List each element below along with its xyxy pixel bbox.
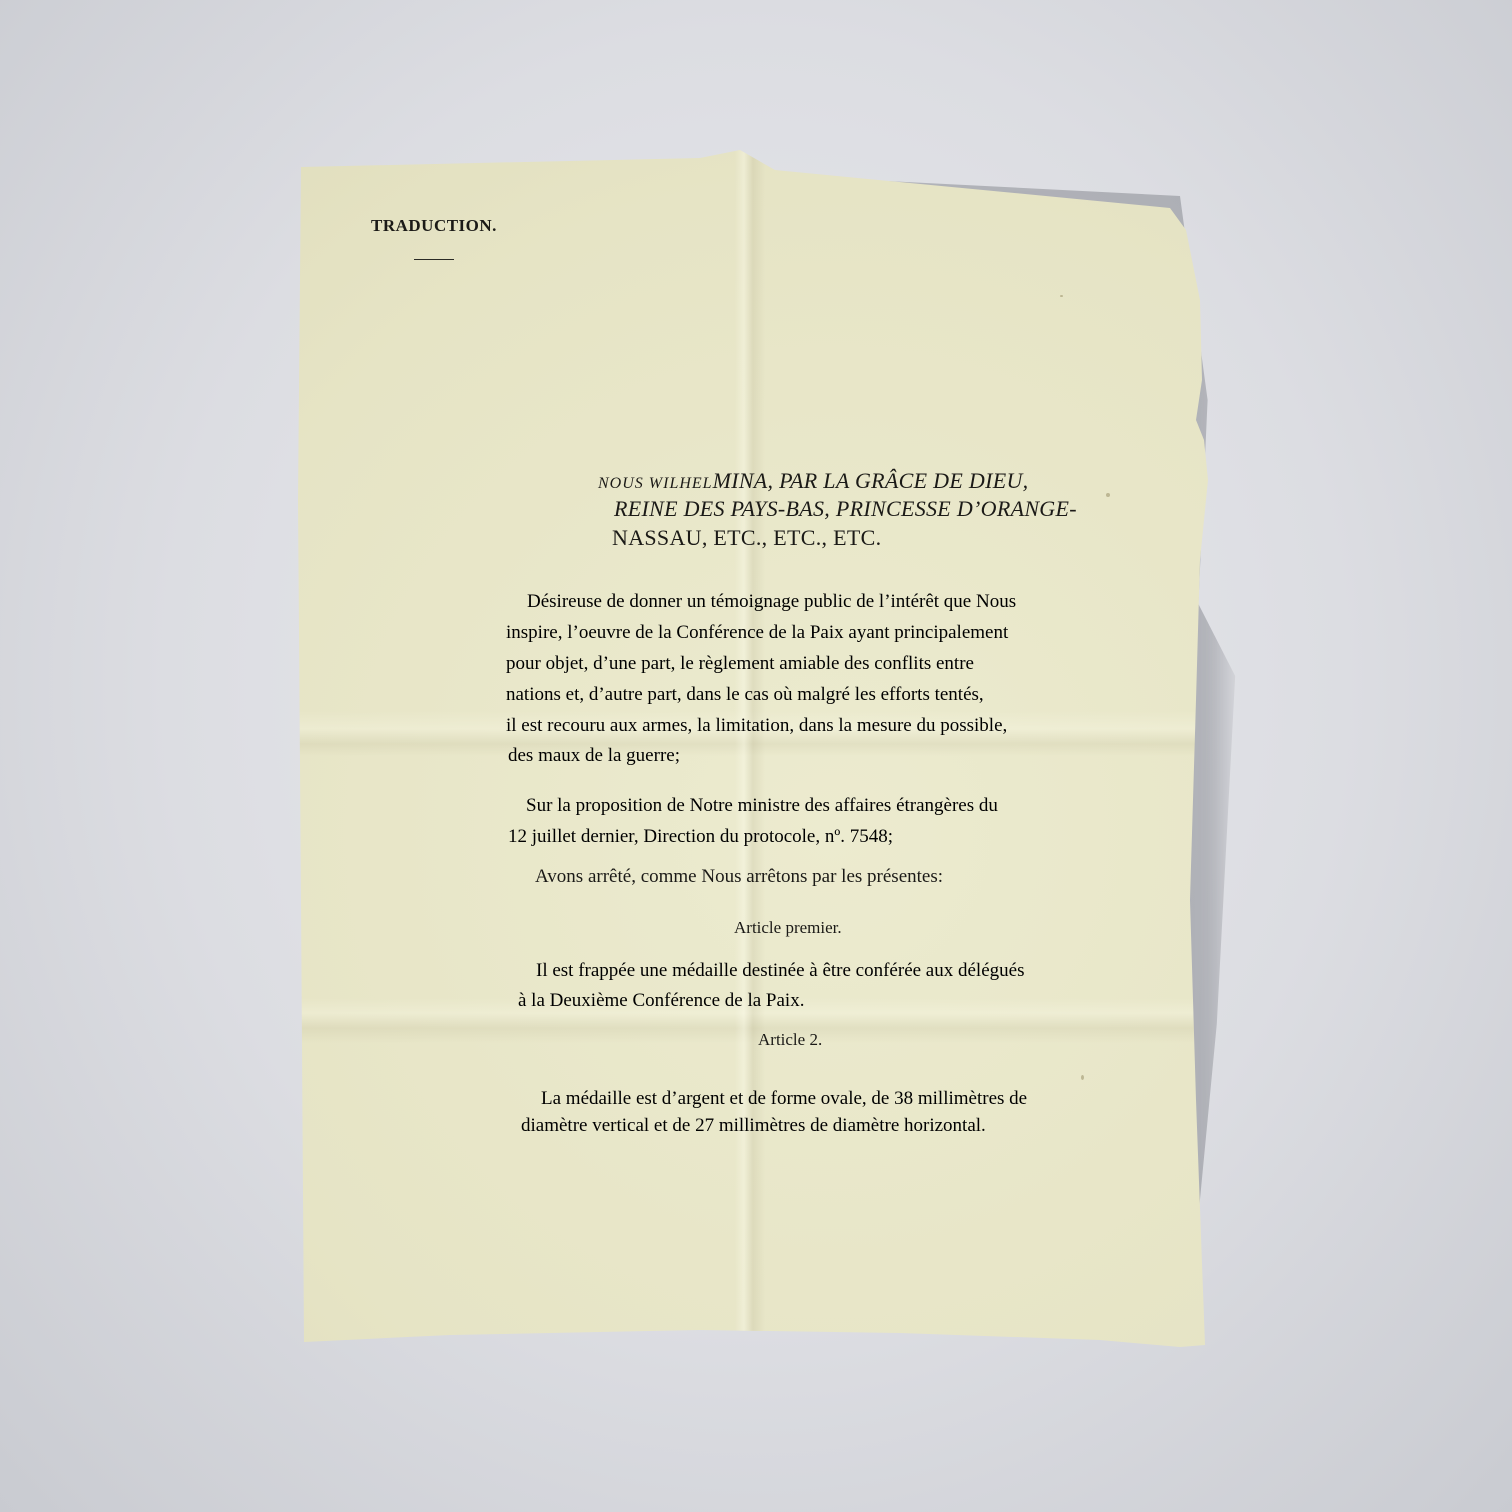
document-sheet: TRADUCTION. NOUS WILHELMINA, PAR LA GRÂC… bbox=[0, 0, 1512, 1512]
document-heading: TRADUCTION. bbox=[371, 216, 497, 236]
article-1-line: à la Deuxième Conférence de la Paix. bbox=[518, 990, 804, 1012]
preamble-line: Désireuse de donner un témoignage public… bbox=[527, 591, 1081, 613]
preamble-line: il est recouru aux armes, la limitation,… bbox=[506, 715, 1094, 737]
article-1-line: Il est frappée une médaille destinée à ê… bbox=[536, 960, 1024, 982]
article-2-title: Article 2. bbox=[758, 1030, 822, 1050]
decree-line: Avons arrêté, comme Nous arrêtons par le… bbox=[535, 866, 943, 888]
preamble-line: nations et, d’autre part, dans le cas où… bbox=[506, 684, 1094, 706]
paper-stain bbox=[1081, 1075, 1084, 1080]
paper-stain bbox=[1106, 493, 1110, 497]
heading-rule bbox=[414, 259, 454, 260]
royal-title-line-1: NOUS WILHELMINA, PAR LA GRÂCE DE DIEU, bbox=[598, 468, 1028, 494]
royal-title-line-3: NASSAU, ETC., ETC., ETC. bbox=[612, 525, 881, 551]
proposal-line: Sur la proposition de Notre ministre des… bbox=[526, 795, 998, 817]
article-2-line: diamètre vertical et de 27 millimètres d… bbox=[521, 1115, 986, 1137]
preamble-line: des maux de la guerre; bbox=[508, 745, 680, 767]
preamble-line: inspire, l’oeuvre de la Conférence de la… bbox=[506, 622, 1094, 644]
royal-title-prefix: NOUS WILHEL bbox=[598, 475, 713, 492]
preamble-line: pour objet, d’une part, le règlement ami… bbox=[506, 653, 1094, 675]
paper-stain bbox=[1060, 295, 1063, 297]
royal-title-line-1-rest: MINA, PAR LA GRÂCE DE DIEU, bbox=[713, 468, 1029, 493]
article-2-line: La médaille est d’argent et de forme ova… bbox=[541, 1088, 1027, 1110]
article-1-title: Article premier. bbox=[734, 918, 842, 938]
royal-title-line-2: REINE DES PAYS-BAS, PRINCESSE D’ORANGE- bbox=[614, 496, 1077, 522]
proposal-line: 12 juillet dernier, Direction du protoco… bbox=[508, 826, 893, 848]
